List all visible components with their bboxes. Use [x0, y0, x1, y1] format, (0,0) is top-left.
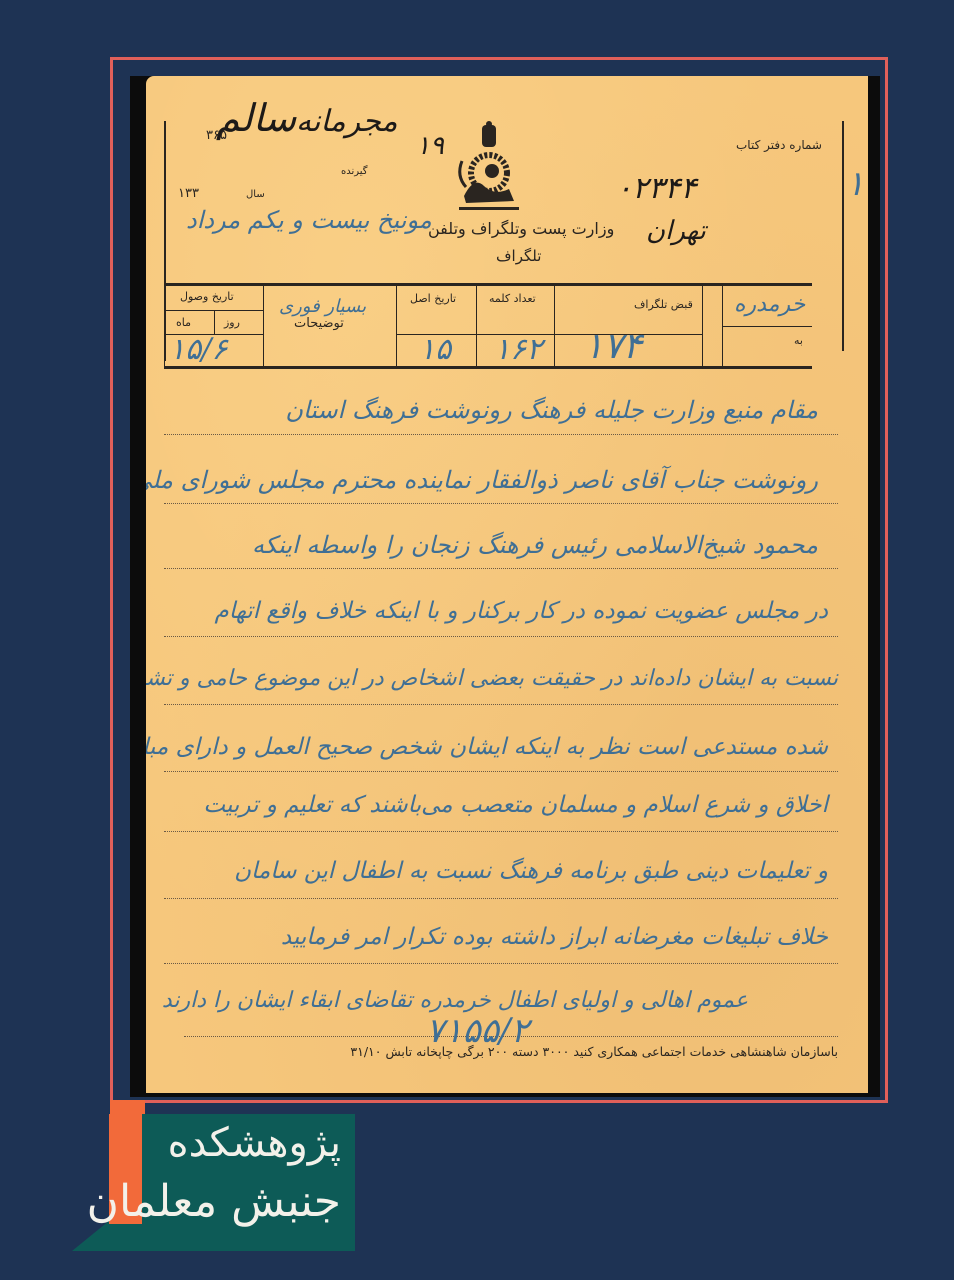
lion-and-sun-emblem-icon — [454, 121, 524, 216]
logo-line-1: پژوهشکده — [168, 1120, 341, 1166]
telegram-document: ۱ سالم مجرمانه ۱۹ ۰۲۳۴۴ تهران ۳۶۵ شماره … — [146, 76, 868, 1093]
year-value: ۱۳۳ — [178, 186, 199, 201]
body-line-5: نسبت به ایشان داده‌اند در حقیقت بعضی اشخ… — [146, 666, 838, 691]
handwritten-top-left-note: سالم — [216, 96, 296, 140]
office-number-label: شماره دفتر کتاب — [736, 138, 822, 152]
origin-date-label: تاریخ اصل — [410, 292, 456, 305]
logo-accent — [110, 1100, 145, 1114]
handwritten-sender-note: تهران — [646, 216, 706, 246]
body-line-9: خلاف تبلیغات مغرضانه ابراز داشته بوده تک… — [281, 924, 828, 950]
arrival-date-value: ۱۵/۶ — [169, 332, 227, 367]
body-line-4: در مجلس عضویت نموده در کار برکنار و با ا… — [214, 598, 828, 624]
body-line-6: شده مستدعی است نظر به اینکه ایشان شخص صح… — [146, 734, 828, 760]
remarks-label: توضیحات — [294, 316, 344, 331]
body-line-10: عموم اهالی و اولیای اطفال خرمدره تقاضای … — [162, 988, 748, 1013]
body-line-7: اخلاق و شرع اسلام و مسلمان متعصب می‌باشن… — [203, 792, 828, 818]
body-line-2: رونوشت جناب آقای ناصر ذوالفقار نماینده م… — [146, 466, 818, 494]
destination-value: خرمدره — [734, 292, 805, 317]
registry-number: ۰۲۳۴۴ — [616, 171, 697, 206]
receiver-label: گیرنده — [341, 166, 368, 177]
receipt-label: قبض تلگراف — [634, 298, 693, 311]
origin-date-value: ۱۵ — [419, 332, 451, 367]
to-label: به — [794, 334, 803, 347]
form-number: ۳۶۵ — [206, 128, 227, 143]
handwritten-number: ۱۹ — [416, 131, 444, 161]
margin-mark: ۱ — [846, 164, 864, 204]
margin-line — [842, 121, 844, 351]
arrival-date-label: تاریخ وصول — [180, 290, 234, 303]
form-title: تلگراف — [496, 247, 541, 265]
body-line-3: محمود شیخ‌الاسلامی رئیس فرهنگ زنجان را و… — [252, 531, 818, 559]
handwritten-recipient-note: مونیخ بیست و یکم مرداد — [186, 206, 432, 234]
receipt-value: ۱۷۴ — [584, 326, 642, 367]
day-label: روز — [224, 316, 240, 329]
ministry-title: وزارت پست وتلگراف وتلفن — [428, 219, 614, 238]
year-label: سال — [246, 189, 265, 200]
telegram-info-table: تاریخ وصول روز ماه توضیحات تاریخ اصل تعد… — [164, 283, 812, 369]
logo-line-2: جنبش معلمان — [87, 1176, 341, 1227]
word-count-label: تعداد کلمه — [489, 292, 536, 305]
handwritten-top-middle-note: مجرمانه — [296, 104, 398, 139]
body-line-8: و تعلیمات دینی طبق برنامه فرهنگ نسبت به … — [234, 858, 828, 884]
word-count-value: ۱۶۲ — [494, 332, 542, 367]
body-line-1: مقام منیع وزارت جلیله فرهنگ رونوشت فرهنگ… — [285, 396, 818, 424]
institute-logo: پژوهشکده جنبش معلمان — [72, 1114, 355, 1251]
remarks-value: بسیار فوری — [279, 296, 366, 317]
month-label: ماه — [176, 316, 191, 329]
printed-footer: باسازمان شاهنشاهی خدمات اجتماعی همکاری ک… — [350, 1044, 838, 1059]
